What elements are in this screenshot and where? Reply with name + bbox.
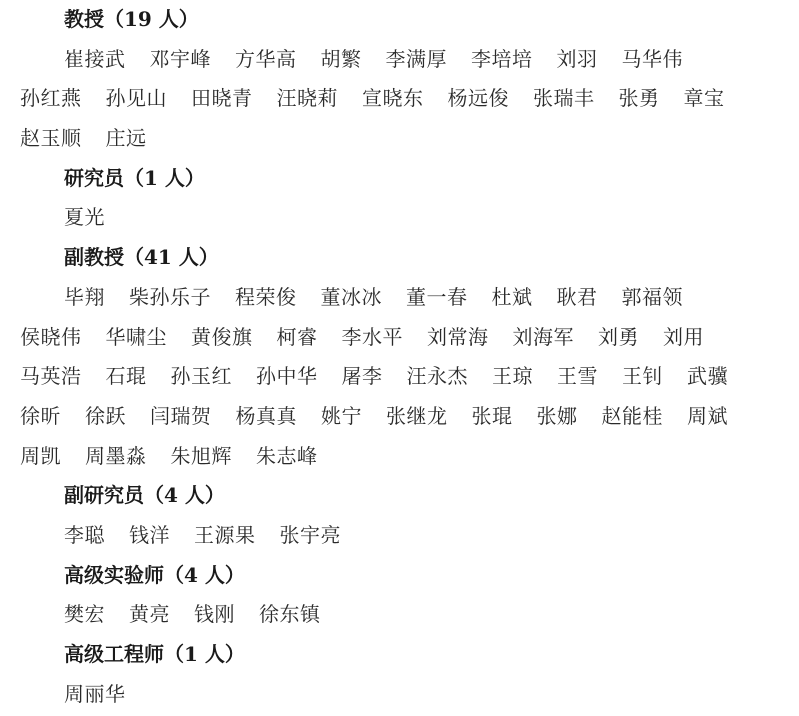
- name-row: 李聪 钱洋 王源果 张宇亮: [20, 516, 790, 556]
- name-row: 周凯 周墨淼 朱旭辉 朱志峰: [20, 437, 790, 477]
- person-name: 董一春: [406, 278, 468, 318]
- person-name: 刘用: [663, 318, 704, 358]
- person-name: 石琨: [106, 357, 147, 397]
- section-heading-professor: 教授（19 人）: [20, 0, 790, 40]
- person-name: 黄俊旗: [191, 318, 253, 358]
- person-name: 柴孙乐子: [129, 278, 211, 318]
- name-row: 徐昕 徐跃 闫瑞贺 杨真真 姚宁 张继龙 张琨 张娜 赵能桂 周斌: [20, 397, 790, 437]
- person-name: 张继龙: [386, 397, 448, 437]
- person-name: 李水平: [342, 318, 404, 358]
- name-row: 夏光: [20, 198, 790, 238]
- person-name: 李培培: [471, 40, 533, 80]
- person-name: 田晓青: [191, 79, 253, 119]
- section-heading-senior-experimentalist: 高级实验师（4 人）: [20, 556, 790, 596]
- person-name: 赵玉顺: [20, 119, 82, 159]
- person-name: 徐东镇: [259, 595, 321, 635]
- person-name: 汪永杰: [407, 357, 469, 397]
- person-name: 王源果: [194, 516, 256, 556]
- person-name: 孙红燕: [20, 79, 82, 119]
- name-row: 侯晓伟 华啸尘 黄俊旗 柯睿 李水平 刘常海 刘海军 刘勇 刘用: [20, 318, 790, 358]
- person-name: 杜斌: [492, 278, 533, 318]
- person-name: 张瑞丰: [533, 79, 595, 119]
- person-name: 张琨: [472, 397, 513, 437]
- person-name: 马英浩: [20, 357, 82, 397]
- person-name: 马华伟: [622, 40, 684, 80]
- name-row: 樊宏 黄亮 钱刚 徐东镇: [20, 595, 790, 635]
- person-name: 屠李: [342, 357, 383, 397]
- person-name: 侯晓伟: [20, 318, 82, 358]
- person-name: 王钊: [622, 357, 663, 397]
- person-name: 孙玉红: [171, 357, 233, 397]
- person-name: 朱旭辉: [171, 437, 233, 477]
- person-name: 邓宇峰: [150, 40, 212, 80]
- person-name: 宣晓东: [362, 79, 424, 119]
- person-name: 毕翔: [64, 278, 105, 318]
- person-name: 王雪: [557, 357, 598, 397]
- person-name: 郭福领: [622, 278, 684, 318]
- name-row: 毕翔 柴孙乐子 程荣俊 董冰冰 董一春 杜斌 耿君 郭福领: [20, 278, 790, 318]
- person-name: 耿君: [557, 278, 598, 318]
- person-name: 柯睿: [277, 318, 318, 358]
- person-name: 庄远: [106, 119, 147, 159]
- section-heading-senior-engineer: 高级工程师（1 人）: [20, 635, 790, 675]
- person-name: 杨真真: [236, 397, 298, 437]
- person-name: 周墨淼: [85, 437, 147, 477]
- name-row: 赵玉顺 庄远: [20, 119, 790, 159]
- person-name: 崔接武: [64, 40, 126, 80]
- section-heading-associate-professor: 副教授（41 人）: [20, 238, 790, 278]
- person-name: 钱洋: [129, 516, 170, 556]
- name-row: 崔接武 邓宇峰 方华高 胡繁 李满厚 李培培 刘羽 马华伟: [20, 40, 790, 80]
- person-name: 周凯: [20, 437, 61, 477]
- person-name: 李聪: [64, 516, 105, 556]
- person-name: 王琼: [492, 357, 533, 397]
- name-row: 马英浩 石琨 孙玉红 孙中华 屠李 汪永杰 王琼 王雪 王钊 武骥: [20, 357, 790, 397]
- person-name: 杨远俊: [448, 79, 510, 119]
- person-name: 孙见山: [106, 79, 168, 119]
- person-name: 闫瑞贺: [150, 397, 212, 437]
- person-name: 夏光: [64, 198, 105, 238]
- name-row: 孙红燕 孙见山 田晓青 汪晓莉 宣晓东 杨远俊 张瑞丰 张勇 章宝: [20, 79, 790, 119]
- person-name: 汪晓莉: [277, 79, 339, 119]
- person-name: 孙中华: [256, 357, 318, 397]
- person-name: 周丽华: [64, 675, 126, 715]
- person-name: 刘常海: [427, 318, 489, 358]
- person-name: 徐昕: [20, 397, 61, 437]
- person-name: 章宝: [684, 79, 725, 119]
- name-row: 周丽华: [20, 675, 790, 715]
- section-heading-associate-researcher: 副研究员（4 人）: [20, 476, 790, 516]
- person-name: 李满厚: [386, 40, 448, 80]
- person-name: 张勇: [619, 79, 660, 119]
- person-name: 张宇亮: [280, 516, 342, 556]
- person-name: 姚宁: [321, 397, 362, 437]
- person-name: 华啸尘: [106, 318, 168, 358]
- person-name: 武骥: [687, 357, 728, 397]
- person-name: 方华高: [235, 40, 297, 80]
- person-name: 程荣俊: [235, 278, 297, 318]
- person-name: 樊宏: [64, 595, 105, 635]
- person-name: 黄亮: [129, 595, 170, 635]
- person-name: 徐跃: [85, 397, 126, 437]
- person-name: 钱刚: [194, 595, 235, 635]
- person-name: 赵能桂: [602, 397, 664, 437]
- person-name: 董冰冰: [321, 278, 383, 318]
- person-name: 周斌: [687, 397, 728, 437]
- person-name: 胡繁: [321, 40, 362, 80]
- person-name: 刘海军: [513, 318, 575, 358]
- personnel-list-document: 教授（19 人） 崔接武 邓宇峰 方华高 胡繁 李满厚 李培培 刘羽 马华伟 孙…: [20, 0, 790, 714]
- person-name: 刘羽: [557, 40, 598, 80]
- person-name: 刘勇: [598, 318, 639, 358]
- person-name: 朱志峰: [256, 437, 318, 477]
- person-name: 张娜: [537, 397, 578, 437]
- section-heading-researcher: 研究员（1 人）: [20, 159, 790, 199]
